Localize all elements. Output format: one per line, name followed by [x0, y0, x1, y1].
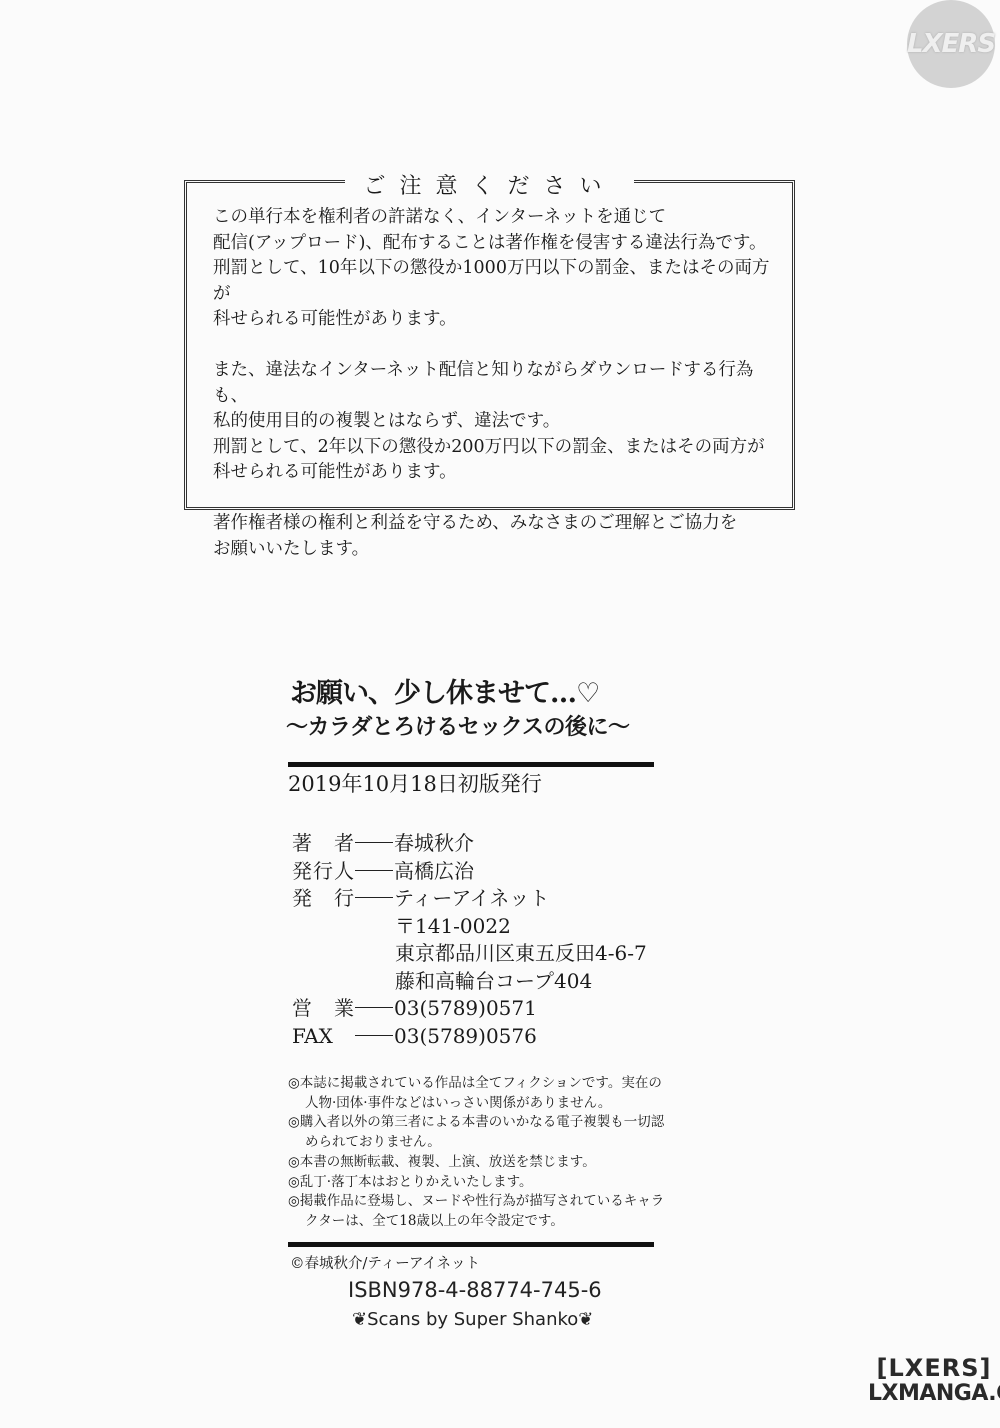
- notice-line: また、違法なインターネット配信と知りながらダウンロードする行為も、: [213, 360, 753, 406]
- credit-row-fax: FAX 03(5789)0576: [292, 1023, 647, 1051]
- credit-label: 著者: [292, 830, 354, 858]
- note-item: ◎本誌に掲載されている作品は全てフィクションです。実在の人物·団体·事件などはい…: [288, 1074, 668, 1113]
- notice-title-wrap: ご注意ください: [187, 169, 792, 200]
- notice-line: この単行本を権利者の許諾なく、インターネットを通じて: [213, 207, 666, 227]
- credit-row-publisher-person: 発行人 高橋広治: [292, 858, 647, 886]
- lxers-logo-watermark: LXERS: [907, 0, 995, 88]
- book-title: お願い、少し休ませて…♡: [290, 678, 599, 710]
- notice-paragraph-2: また、違法なインターネット配信と知りながらダウンロードする行為も、 私的使用目的…: [213, 358, 778, 486]
- divider-rule: [288, 762, 654, 767]
- notice-line: 科せられる可能性があります。: [213, 462, 457, 482]
- sales-phone: 03(5789)0571: [394, 995, 537, 1023]
- notice-line: 著作権者様の権利と利益を守るため、みなさまのご理解とご協力を: [213, 513, 737, 533]
- notice-line: 科せられる可能性があります。: [213, 309, 457, 329]
- colophon-credits: 著者 春城秋介 発行人 高橋広治 発行 ティーアイネット 〒141-0022 東…: [292, 830, 647, 1050]
- notice-line: 私的使用目的の複製とはならず、違法です。: [213, 411, 560, 431]
- legal-notes: ◎本誌に掲載されている作品は全てフィクションです。実在の人物·団体·事件などはい…: [288, 1074, 668, 1232]
- address-line-2: 藤和高輪台コープ404: [292, 968, 647, 996]
- notice-line: 刑罰として、10年以下の懲役か1000万円以下の罰金、またはその両方が: [213, 258, 769, 304]
- dash-rule: [355, 830, 393, 843]
- publisher-name: ティーアイネット: [394, 885, 549, 913]
- notice-line: お願いいたします。: [213, 539, 369, 559]
- watermark-line-1: [LXERS]: [868, 1355, 1000, 1381]
- copyright-line: ©春城秋介/ティーアイネット: [290, 1252, 480, 1273]
- notice-body: この単行本を権利者の許諾なく、インターネットを通じて 配信(アップロード)、配布…: [213, 205, 778, 588]
- notice-line: 配信(アップロード)、配布することは著作権を侵害する違法行為です。: [213, 233, 767, 253]
- lxmanga-watermark: [LXERS] LXMANGA.COM: [868, 1355, 1000, 1407]
- credit-row-sales: 営業 03(5789)0571: [292, 995, 647, 1023]
- note-item: ◎本書の無断転載、複製、上演、放送を禁じます。: [288, 1153, 668, 1173]
- publication-date: 2019年10月18日初版発行: [288, 768, 542, 798]
- divider-rule: [288, 1242, 654, 1247]
- credit-label: 発行人: [292, 858, 354, 886]
- postal-code: 〒141-0022: [292, 913, 647, 941]
- credit-label: 営業: [292, 995, 354, 1023]
- notice-title: ご注意ください: [345, 174, 633, 199]
- dash-rule: [355, 1023, 393, 1036]
- watermark-line-2: LXMANGA.COM: [868, 1381, 1000, 1407]
- note-item: ◎購入者以外の第三者による本書のいかなる電子複製も一切認められておりません。: [288, 1113, 668, 1152]
- notice-paragraph-1: この単行本を権利者の許諾なく、インターネットを通じて 配信(アップロード)、配布…: [213, 205, 778, 333]
- book-subtitle: 〜カラダとろけるセックスの後に〜: [286, 710, 630, 741]
- logo-text: LXERS: [907, 29, 995, 59]
- author-name: 春城秋介: [394, 830, 474, 858]
- credit-label: FAX: [292, 1023, 354, 1051]
- publisher-person-name: 高橋広治: [394, 858, 474, 886]
- note-item: ◎乱丁·落丁本はおとりかえいたします。: [288, 1173, 668, 1193]
- note-item: ◎掲載作品に登場し、ヌードや性行為が描写されているキャラクターは、全て18歳以上…: [288, 1192, 668, 1231]
- credit-label: 発行: [292, 885, 354, 913]
- dash-rule: [355, 995, 393, 1008]
- scans-credit: ❦Scans by Super Shanko❦: [352, 1309, 593, 1330]
- copyright-notice-box: ご注意ください この単行本を権利者の許諾なく、インターネットを通じて 配信(アッ…: [184, 180, 795, 510]
- credit-row-author: 著者 春城秋介: [292, 830, 647, 858]
- dash-rule: [355, 885, 393, 898]
- fax-number: 03(5789)0576: [394, 1023, 537, 1051]
- notice-paragraph-3: 著作権者様の権利と利益を守るため、みなさまのご理解とご協力を お願いいたします。: [213, 511, 778, 562]
- isbn: ISBN978-4-88774-745-6: [348, 1278, 602, 1302]
- credit-row-publisher: 発行 ティーアイネット: [292, 885, 647, 913]
- notice-line: 刑罰として、2年以下の懲役か200万円以下の罰金、またはその両方が: [213, 437, 765, 457]
- address-line-1: 東京都品川区東五反田4-6-7: [292, 940, 647, 968]
- dash-rule: [355, 858, 393, 871]
